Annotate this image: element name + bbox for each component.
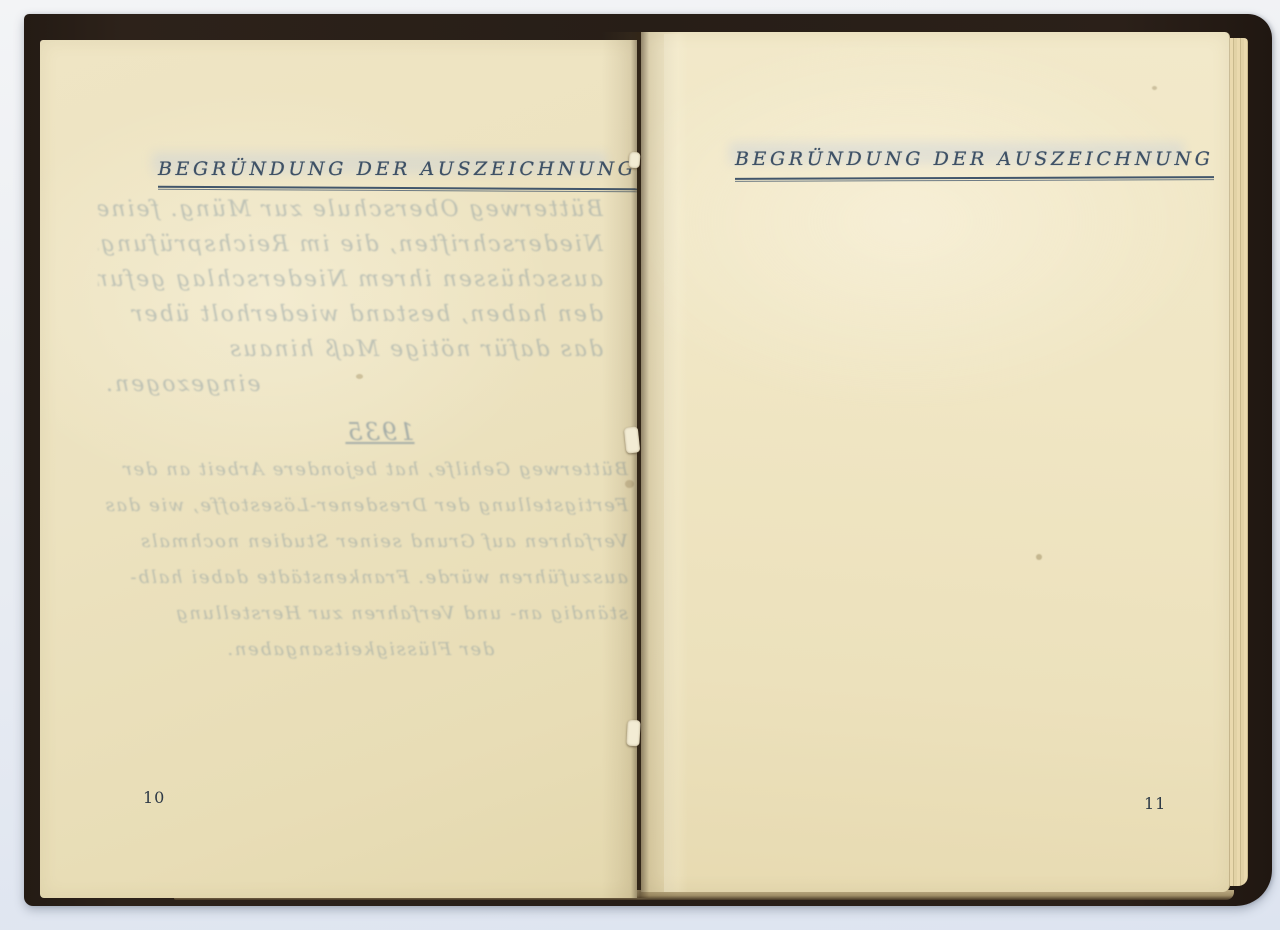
- bleedthrough-line: Fertigstellung der Dresdener-Lösestoffe,…: [92, 488, 628, 524]
- right-page-header: BEGRÜNDUNG DER AUSZEICHNUNG: [735, 148, 1214, 181]
- bleedthrough-line: Bütterweg Gehilfe, hat bejondere Arbeit …: [92, 452, 628, 488]
- book-cover: BEGRÜNDUNG DER AUSZEICHNUNG Bütterweg Ob…: [24, 14, 1272, 906]
- binding-thread-stitch: [626, 720, 640, 747]
- bleedthrough-line: der Flüssigkeitsangaben.: [92, 632, 628, 668]
- left-page-header: BEGRÜNDUNG DER AUSZEICHNUNG: [158, 158, 637, 191]
- foxing-speck: [625, 480, 634, 488]
- bleedthrough-line: eingezogen.: [98, 367, 603, 402]
- bleedthrough-line: Niederschriften, die im Reichsprüfungs-: [98, 227, 603, 262]
- bleedthrough-line: Bütterweg Oberschule zur Müng. feiner: [98, 192, 603, 227]
- left-header-underline: [158, 186, 637, 193]
- bleedthrough-line: auszuführen würde. Frankenstädte dabei h…: [92, 560, 628, 596]
- bleedthrough-year: 1935: [336, 418, 424, 446]
- bleedthrough-handwriting-upper: Bütterweg Oberschule zur Müng. feiner Ni…: [98, 192, 603, 402]
- right-header-title: BEGRÜNDUNG DER AUSZEICHNUNG: [735, 148, 1214, 170]
- bleedthrough-handwriting-lower: Bütterweg Gehilfe, hat bejondere Arbeit …: [92, 452, 628, 668]
- bleedthrough-line: Verfahren auf Grund seiner Studien nochm…: [92, 524, 628, 560]
- bleedthrough-line: den haben, bestand wiederholt über: [98, 297, 603, 332]
- foxing-speck: [356, 374, 363, 379]
- binding-thread-stitch: [628, 152, 640, 169]
- right-page: BEGRÜNDUNG DER AUSZEICHNUNG 11: [641, 32, 1230, 892]
- binding-thread-stitch: [624, 426, 641, 453]
- bleedthrough-line: ausschüssen ihrem Niederschlag gefun-: [98, 262, 603, 297]
- right-page-number: 11: [1144, 794, 1166, 813]
- left-header-title: BEGRÜNDUNG DER AUSZEICHNUNG: [158, 158, 637, 180]
- left-page: BEGRÜNDUNG DER AUSZEICHNUNG Bütterweg Ob…: [40, 40, 637, 898]
- right-header-underline: [735, 176, 1214, 182]
- bleedthrough-line: das dafür nötige Maß hinaus: [98, 332, 603, 367]
- scanned-award-book: { "colors": { "scanner_background_top": …: [0, 0, 1280, 930]
- left-page-number: 10: [143, 788, 165, 807]
- right-page-edge-stack: [1230, 38, 1248, 886]
- bleedthrough-line: ständig an- und Verfahren zur Herstellun…: [92, 596, 628, 632]
